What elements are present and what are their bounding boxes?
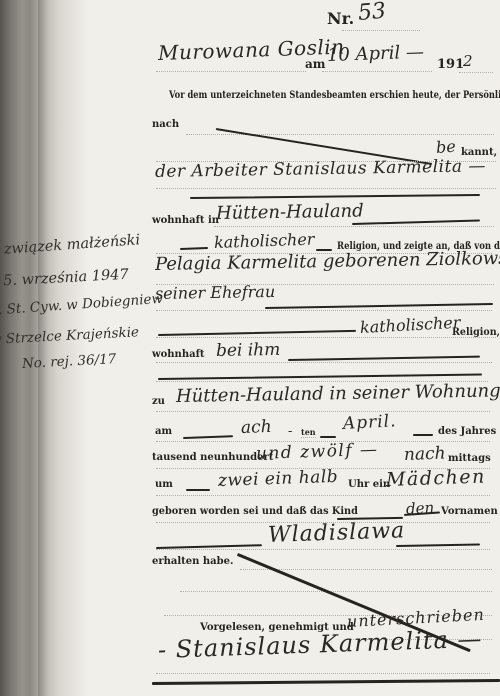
nach-label: nach	[152, 119, 179, 130]
mother-religion: katholischer	[360, 313, 461, 337]
ink-stroke	[180, 247, 208, 250]
birth-certificate-page: Nr. 53 Murowana Goslin am 10 April — 191…	[0, 0, 500, 696]
bottom-rule	[152, 679, 500, 685]
year-handwritten-words: und zwölf —	[256, 440, 379, 464]
registry-number-value: 53	[357, 0, 387, 26]
ink-stroke	[183, 435, 233, 439]
ruled-line	[156, 673, 490, 674]
mother-name: Pelagia Karmelita geborenen Ziolkowska	[155, 247, 500, 275]
date-value: 10 April —	[327, 42, 425, 66]
mittags-label: mittags	[448, 453, 491, 464]
ruled-line	[156, 362, 492, 363]
day-am-label: am	[155, 426, 172, 437]
ruled-line	[214, 226, 494, 227]
ink-stroke	[352, 219, 480, 225]
received-clause: erhalten habe.	[152, 556, 234, 567]
ink-stroke	[186, 489, 210, 491]
child-sex: Mädchen	[386, 466, 487, 491]
ink-stroke	[413, 434, 433, 436]
time-um-label: um	[155, 479, 173, 490]
bekannt-handwritten-prefix: be	[435, 137, 456, 157]
scan-edge-streak	[38, 0, 48, 696]
registry-number-label: Nr.	[327, 9, 354, 28]
time-handwritten: zwei ein halb	[218, 467, 339, 491]
des-jahres-label: des Jahres	[438, 426, 496, 437]
residence-label: wohnhaft in	[152, 215, 219, 226]
ink-stroke	[288, 356, 480, 361]
day-handwritten: ach	[241, 417, 272, 438]
date-am-label: am	[305, 57, 325, 71]
ink-stroke	[158, 373, 482, 380]
born-clause: geboren worden sei und daß das Kind	[152, 506, 358, 517]
ruled-line	[156, 411, 490, 412]
day-hyphen: -	[288, 424, 292, 439]
mother-relation: seiner Ehefrau	[155, 282, 275, 303]
father-religion: katholischer	[214, 230, 315, 252]
residence-value: Hütten-Hauland	[216, 200, 364, 224]
ink-stroke	[265, 303, 493, 309]
birthplace-zu-label: zu	[152, 396, 165, 407]
ink-stroke	[396, 544, 480, 547]
year-printed: 191	[437, 57, 464, 72]
month-handwritten: April.	[342, 411, 397, 434]
ink-stroke	[190, 194, 480, 199]
ruled-line	[156, 495, 490, 496]
ruled-line	[342, 30, 420, 31]
residing-value: bei ihm	[216, 340, 281, 361]
day-ten-suffix: ten	[301, 427, 316, 438]
ruled-line	[156, 549, 490, 550]
ruled-line	[156, 310, 492, 311]
child-name: Wladislawa	[268, 518, 406, 548]
ruled-line	[322, 71, 432, 72]
vornamen-label: Vornamen	[441, 506, 498, 517]
ink-stroke	[320, 436, 336, 438]
ruled-line	[156, 188, 496, 189]
ruled-line	[180, 591, 492, 592]
ink-stroke	[158, 330, 356, 336]
intro-text: Vor dem unterzeichneten Standesbeamten e…	[169, 90, 500, 101]
residing-label: wohnhaft	[152, 349, 205, 360]
ruled-line	[459, 72, 493, 73]
ruled-line	[156, 337, 496, 338]
ruled-line	[156, 71, 306, 72]
ruled-line	[186, 134, 494, 135]
uhr-ein-label: Uhr ein	[348, 479, 390, 490]
year-handwritten: 2	[463, 52, 473, 70]
meridiem-handwritten: nach	[404, 444, 446, 465]
birthplace-value: Hütten-Hauland in seiner Wohnung	[176, 380, 500, 407]
